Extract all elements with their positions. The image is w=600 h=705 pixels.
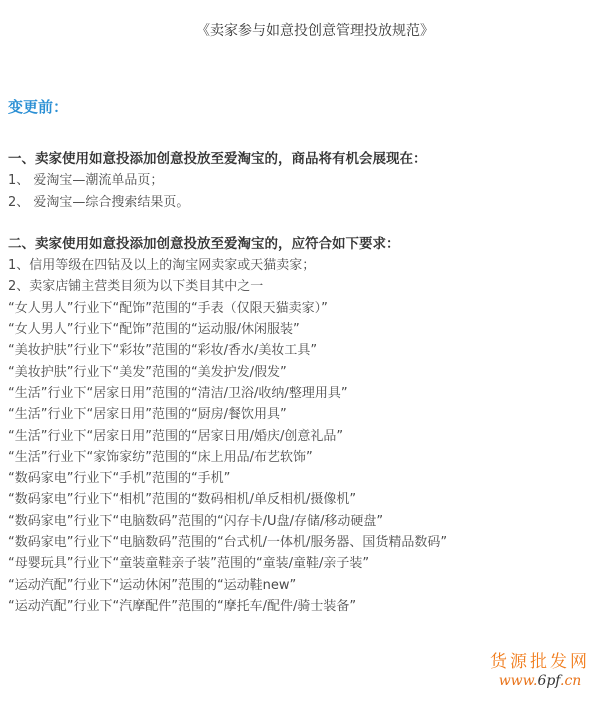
part2-item: 2、卖家店铺主营类目须为以下类目其中之一 [8, 276, 588, 297]
part1-item: 1、 爱淘宝—潮流单品页； [8, 170, 588, 191]
watermark-url: www.6pf.cn [490, 672, 590, 690]
category-line: “数码家电”行业下“手机”范围的“手机” [8, 468, 588, 489]
category-line: “女人男人”行业下“配饰”范围的“运动服/休闲服装” [8, 319, 588, 340]
watermark: 货源批发网 www.6pf.cn [490, 652, 590, 690]
part1-heading: 一、卖家使用如意投添加创意投放至爱淘宝的，商品将有机会展现在： [8, 149, 588, 170]
category-line: “女人男人”行业下“配饰”范围的“手表（仅限天猫卖家）” [8, 298, 588, 319]
watermark-url-suffix: .cn [560, 673, 581, 689]
section-heading-before-change: 变更前： [8, 96, 68, 117]
category-line: “生活”行业下“家饰家纺”范围的“床上用品/布艺软饰” [8, 447, 588, 468]
category-line: “数码家电”行业下“相机”范围的“数码相机/单反相机/摄像机” [8, 489, 588, 510]
category-line: “运动汽配”行业下“汽摩配件”范围的“摩托车/配件/骑士装备” [8, 596, 588, 617]
category-line: “美妆护肤”行业下“彩妆”范围的“彩妆/香水/美妆工具” [8, 340, 588, 361]
part2-heading: 二、卖家使用如意投添加创意投放至爱淘宝的，应符合如下要求： [8, 234, 588, 255]
category-line: “母婴玩具”行业下“童装童鞋亲子装”范围的“童装/童鞋/亲子装” [8, 553, 588, 574]
category-line: “运动汽配”行业下“运动休闲”范围的“运动鞋new” [8, 575, 588, 596]
spacer [8, 213, 588, 234]
document-content: 一、卖家使用如意投添加创意投放至爱淘宝的，商品将有机会展现在： 1、 爱淘宝—潮… [8, 149, 588, 617]
watermark-url-main: 6pf [537, 673, 560, 689]
category-line: “美妆护肤”行业下“美发”范围的“美发护发/假发” [8, 362, 588, 383]
part2-item: 1、信用等级在四钻及以上的淘宝网卖家或天猫卖家； [8, 255, 588, 276]
category-line: “数码家电”行业下“电脑数码”范围的“闪存卡/U盘/存储/移动硬盘” [8, 511, 588, 532]
category-line: “生活”行业下“居家日用”范围的“居家日用/婚庆/创意礼品” [8, 426, 588, 447]
document-title: 《卖家参与如意投创意管理投放规范》 [0, 20, 600, 40]
category-line: “数码家电”行业下“电脑数码”范围的“台式机/一体机/服务器、国货精品数码” [8, 532, 588, 553]
watermark-site-name: 货源批发网 [490, 652, 590, 672]
category-line: “生活”行业下“居家日用”范围的“清洁/卫浴/收纳/整理用具” [8, 383, 588, 404]
category-line: “生活”行业下“居家日用”范围的“厨房/餐饮用具” [8, 404, 588, 425]
part1-item: 2、 爱淘宝—综合搜索结果页。 [8, 192, 588, 213]
watermark-url-prefix: www. [499, 673, 538, 689]
